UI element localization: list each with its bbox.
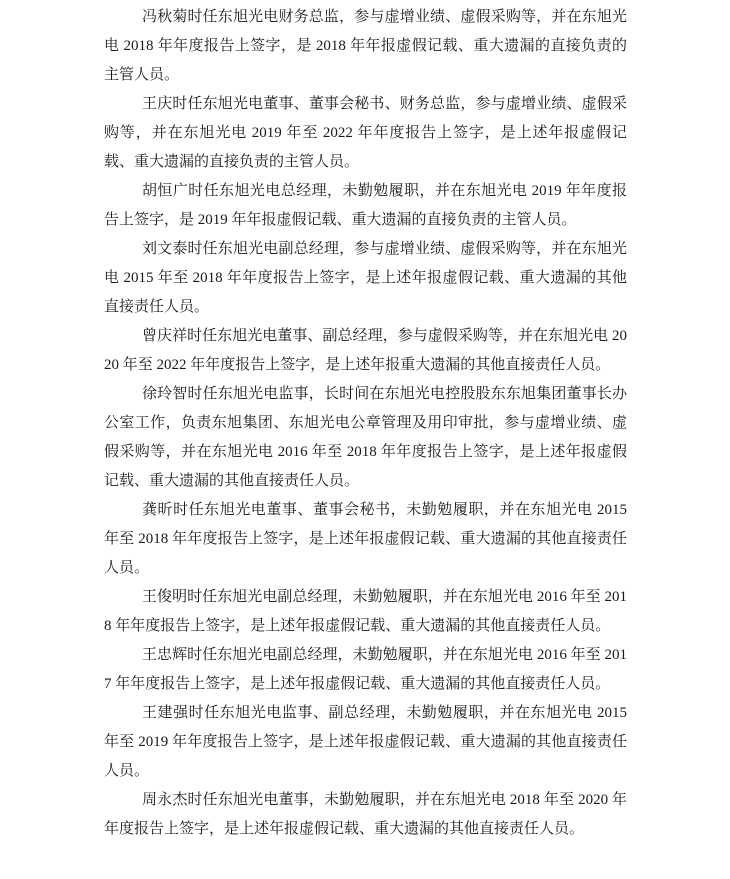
paragraph-xu-lingzhi: 徐玲智时任东旭光电监事，长时间在东旭光电控股股东东旭集团董事长办公室工作，负责东… — [104, 380, 627, 496]
paragraph-wang-qing: 王庆时任东旭光电董事、董事会秘书、财务总监，参与虚增业绩、虚假采购等，并在东旭光… — [104, 90, 627, 177]
paragraph-gong-xin: 龚昕时任东旭光电董事、董事会秘书，未勤勉履职，并在东旭光电 2015 年至 20… — [104, 496, 627, 583]
paragraph-wang-junming: 王俊明时任东旭光电副总经理，未勤勉履职，并在东旭光电 2016 年至 2018 … — [104, 583, 627, 641]
paragraph-hu-hengguang: 胡恒广时任东旭光电总经理，未勤勉履职，并在东旭光电 2019 年年度报告上签字，… — [104, 177, 627, 235]
paragraph-zhou-yongjie: 周永杰时任东旭光电董事，未勤勉履职，并在东旭光电 2018 年至 2020 年年… — [104, 786, 627, 844]
document-page: 冯秋菊时任东旭光电财务总监，参与虚增业绩、虚假采购等，并在东旭光电 2018 年… — [0, 0, 730, 879]
paragraph-liu-wentai: 刘文泰时任东旭光电副总经理，参与虚增业绩、虚假采购等，并在东旭光电 2015 年… — [104, 235, 627, 322]
paragraph-wang-jianqiang: 王建强时任东旭光电监事、副总经理，未勤勉履职，并在东旭光电 2015 年至 20… — [104, 699, 627, 786]
paragraph-feng-qiuju: 冯秋菊时任东旭光电财务总监，参与虚增业绩、虚假采购等，并在东旭光电 2018 年… — [104, 3, 627, 90]
paragraph-wang-zhonghui: 王忠辉时任东旭光电副总经理，未勤勉履职，并在东旭光电 2016 年至 2017 … — [104, 641, 627, 699]
paragraph-zeng-qingxiang: 曾庆祥时任东旭光电董事、副总经理，参与虚假采购等，并在东旭光电 2020 年至 … — [104, 322, 627, 380]
